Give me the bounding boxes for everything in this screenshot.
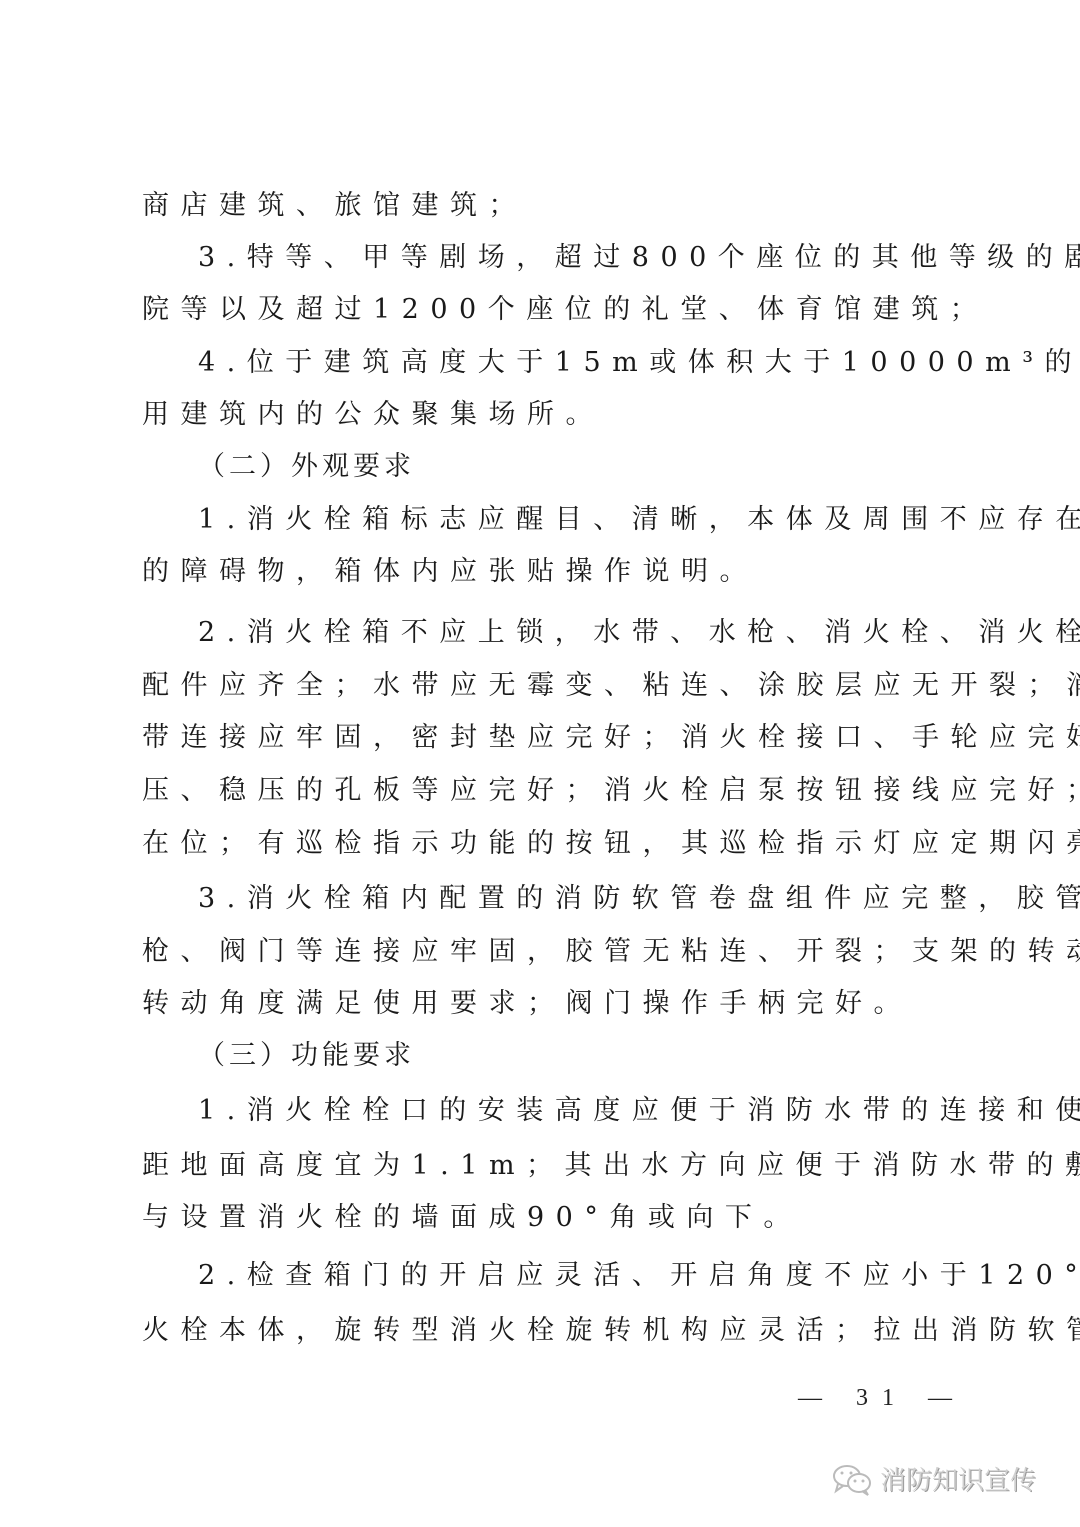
text-line-8: 2.消火栓箱不应上锁，水带、水枪、消火栓、消火栓启泵按钮等: [198, 607, 1080, 659]
page-number: — 31 —: [798, 1385, 966, 1412]
text-line-14: 枪、阀门等连接应牢固，胶管无粘连、开裂；支架的转动机构灵活，: [142, 926, 1080, 978]
text-line-15: 转动角度满足使用要求；阀门操作手柄完好。: [142, 978, 912, 1030]
section-heading-function: （三）功能要求: [198, 1030, 415, 1082]
text-line-21: 火栓本体，旋转型消火栓旋转机构应灵活；拉出消防软管卷盘，卷: [142, 1305, 1080, 1357]
text-line-6: 1.消火栓箱标志应醒目、清晰，本体及周围不应存在影响辨认: [198, 494, 1080, 546]
text-line-1: 3.特等、甲等剧场，超过800个座位的其他等级的剧场和电影: [198, 232, 1080, 284]
text-line-18: 距地面高度宜为1.1m；其出水方向应便于消防水带的敷设，并宜: [142, 1140, 1080, 1192]
watermark-text: 消防知识宣传: [880, 1460, 1036, 1497]
wechat-icon: [832, 1464, 874, 1494]
text-line-4: 用建筑内的公众聚集场所。: [142, 389, 604, 441]
text-line-7: 的障碍物，箱体内应张贴操作说明。: [142, 546, 758, 598]
text-line-11: 压、稳压的孔板等应完好；消火栓启泵按钮接线应完好；击打锤应: [142, 765, 1080, 817]
text-line-9: 配件应齐全；水带应无霉变、粘连、涂胶层应无开裂；消防接口与水: [142, 660, 1080, 712]
text-line-19: 与设置消火栓的墙面成90°角或向下。: [142, 1192, 802, 1244]
text-line-10: 带连接应牢固，密封垫应完好；消火栓接口、手轮应完好，用于减: [142, 712, 1080, 764]
text-line-12: 在位；有巡检指示功能的按钮，其巡检指示灯应定期闪亮。: [142, 818, 1080, 870]
text-line-3: 4.位于建筑高度大于15m或体积大于10000m³的单、多层民: [198, 337, 1080, 389]
text-line-17: 1.消火栓栓口的安装高度应便于消防水带的连接和使用，其: [198, 1085, 1080, 1137]
text-line-2: 院等以及超过1200个座位的礼堂、体育馆建筑；: [142, 284, 988, 336]
text-line-13: 3.消火栓箱内配置的消防软管卷盘组件应完整，胶管与小水: [198, 873, 1080, 925]
text-line-20: 2.检查箱门的开启应灵活、开启角度不应小于120°；转动消: [198, 1250, 1080, 1302]
watermark: 消防知识宣传: [832, 1460, 1036, 1497]
section-heading-appearance: （二）外观要求: [198, 441, 415, 493]
text-line-0: 商店建筑、旅馆建筑；: [142, 180, 527, 232]
